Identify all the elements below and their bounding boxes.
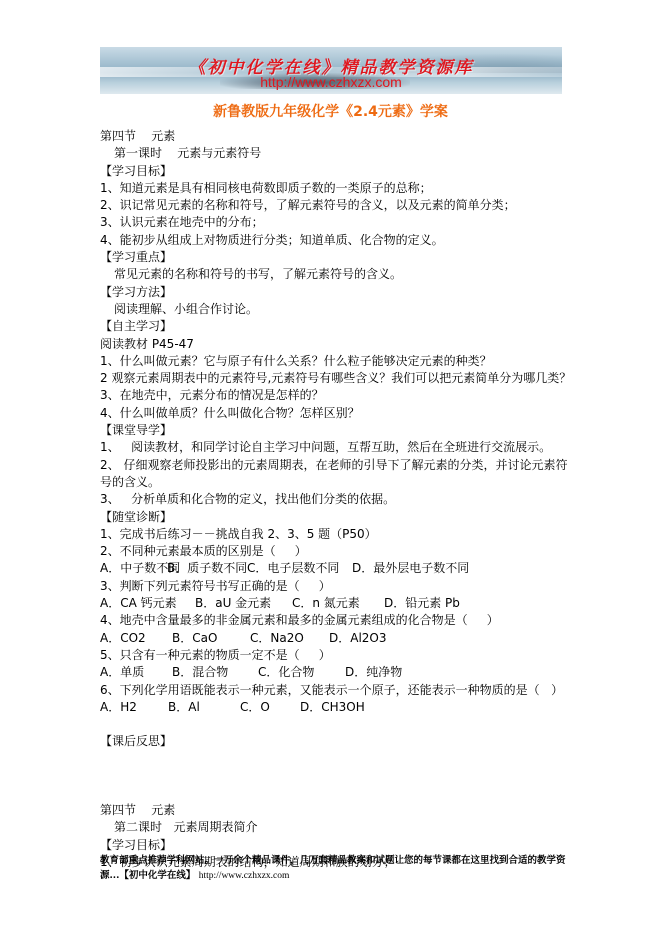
reading-assignment: 阅读教材 P45-47	[100, 336, 570, 353]
reflection-heading: 【课后反思】	[100, 733, 570, 750]
self-study-question: 4、什么叫做单质？什么叫做化合物？怎样区别？	[100, 405, 570, 422]
option-b: B．aU 金元素	[195, 595, 292, 612]
lesson-heading: 第二课时 元素周期表简介	[100, 819, 570, 836]
answer-options: A．单质B．混合物C．化合物D．纯净物	[100, 664, 570, 681]
option-d: D．CH3OH	[300, 699, 365, 716]
goal-item: 4、能初步从组成上对物质进行分类；知道单质、化合物的定义。	[100, 232, 570, 249]
option-a: A．H2	[100, 699, 168, 716]
method-heading: 【学习方法】	[100, 284, 570, 301]
method-text: 阅读理解、小组合作讨论。	[100, 301, 570, 318]
option-c: C．O	[240, 699, 300, 716]
class-guide-item: 1、 阅读教材，和同学讨论自主学习中问题，互帮互助，然后在全班进行交流展示。	[100, 439, 570, 456]
goal-item: 3、认识元素在地壳中的分布；	[100, 214, 570, 231]
option-b: B．混合物	[172, 664, 258, 681]
option-a: A．中子数不同	[100, 560, 167, 577]
goal-item: 1、知道元素是具有相同核电荷数即质子数的一类原子的总称；	[100, 180, 570, 197]
diagnosis-question: 2、不同种元素最本质的区别是（ ）	[100, 543, 570, 560]
answer-options: A．中子数不同B．质子数不同C．电子层数不同D．最外层电子数不同	[100, 560, 570, 577]
spacer	[100, 751, 570, 785]
goals-heading: 【学习目标】	[100, 837, 570, 854]
site-banner: 《初中化学在线》精品教学资源库 http://www.czhxzx.com	[100, 47, 562, 94]
document-title: 新鲁教版九年级化学《2.4元素》学案	[0, 101, 661, 121]
option-c: C．电子层数不同	[247, 560, 352, 577]
option-d: D．铅元素 Pb	[384, 595, 460, 612]
diagnosis-question: 3、判断下列元素符号书写正确的是（ ）	[100, 578, 570, 595]
lesson-heading: 第一课时 元素与元素符号	[100, 145, 570, 162]
option-c: C．Na2O	[250, 630, 329, 647]
footer-text: 教育部重点推荐学科网站。一万余个精品课件，几万套精品教案和试题让您的每节课都在这…	[100, 855, 566, 881]
diagnosis-question: 4、地壳中含量最多的非金属元素和最多的金属元素组成的化合物是（ ）	[100, 612, 570, 629]
option-d: D．Al2O3	[329, 630, 387, 647]
option-d: D．最外层电子数不同	[352, 560, 469, 577]
diagnosis-question: 1、完成书后练习－－挑战自我 2、3、5 题（P50）	[100, 526, 570, 543]
self-study-question: 1、什么叫做元素？它与原子有什么关系？什么粒子能够决定元素的种类？	[100, 353, 570, 370]
footer-url[interactable]: http://www.czhxzx.com	[199, 871, 290, 881]
self-study-heading: 【自主学习】	[100, 318, 570, 335]
option-a: A．CO2	[100, 630, 172, 647]
diagnosis-question: 5、只含有一种元素的物质一定不是（ ）	[100, 647, 570, 664]
class-guide-heading: 【课堂导学】	[100, 422, 570, 439]
option-b: B．CaO	[172, 630, 250, 647]
option-c: C．n 氮元素	[292, 595, 384, 612]
option-b: B．质子数不同	[167, 560, 247, 577]
self-study-question: 3、在地壳中，元素分布的情况是怎样的？	[100, 387, 570, 404]
banner-url: http://www.czhxzx.com	[100, 74, 562, 90]
option-a: A．CA 钙元素	[100, 595, 195, 612]
goals-heading: 【学习目标】	[100, 163, 570, 180]
focus-heading: 【学习重点】	[100, 249, 570, 266]
class-guide-item: 2、 仔细观察老师投影出的元素周期表，在老师的引导下了解元素的分类，并讨论元素符…	[100, 457, 570, 492]
diagnosis-heading: 【随堂诊断】	[100, 509, 570, 526]
answer-options: A．CA 钙元素B．aU 金元素C．n 氮元素D．铅元素 Pb	[100, 595, 570, 612]
document-body: 第四节 元素 第一课时 元素与元素符号 【学习目标】 1、知道元素是具有相同核电…	[100, 128, 570, 871]
self-study-question: 2 观察元素周期表中的元素符号,元素符号有哪些含义？我们可以把元素简单分为哪几类…	[100, 370, 570, 387]
answer-options: A．CO2B．CaOC．Na2OD．Al2O3	[100, 630, 570, 647]
class-guide-item: 3、 分析单质和化合物的定义，找出他们分类的依据。	[100, 491, 570, 508]
option-c: C．化合物	[258, 664, 345, 681]
page-footer: 教育部重点推荐学科网站。一万余个精品课件，几万套精品教案和试题让您的每节课都在这…	[100, 853, 570, 884]
option-d: D．纯净物	[345, 664, 402, 681]
focus-text: 常见元素的名称和符号的书写，了解元素符号的含义。	[100, 266, 570, 283]
diagnosis-question: 6、下列化学用语既能表示一种元素，又能表示一个原子，还能表示一种物质的是（ ）	[100, 682, 570, 699]
section-heading: 第四节 元素	[100, 128, 570, 145]
spacer	[100, 716, 570, 733]
answer-options: A．H2B．AlC．OD．CH3OH	[100, 699, 570, 716]
section-heading: 第四节 元素	[100, 802, 570, 819]
option-a: A．单质	[100, 664, 172, 681]
goal-item: 2、识记常见元素的名称和符号，了解元素符号的含义，以及元素的简单分类；	[100, 197, 570, 214]
spacer	[100, 785, 570, 802]
option-b: B．Al	[168, 699, 240, 716]
